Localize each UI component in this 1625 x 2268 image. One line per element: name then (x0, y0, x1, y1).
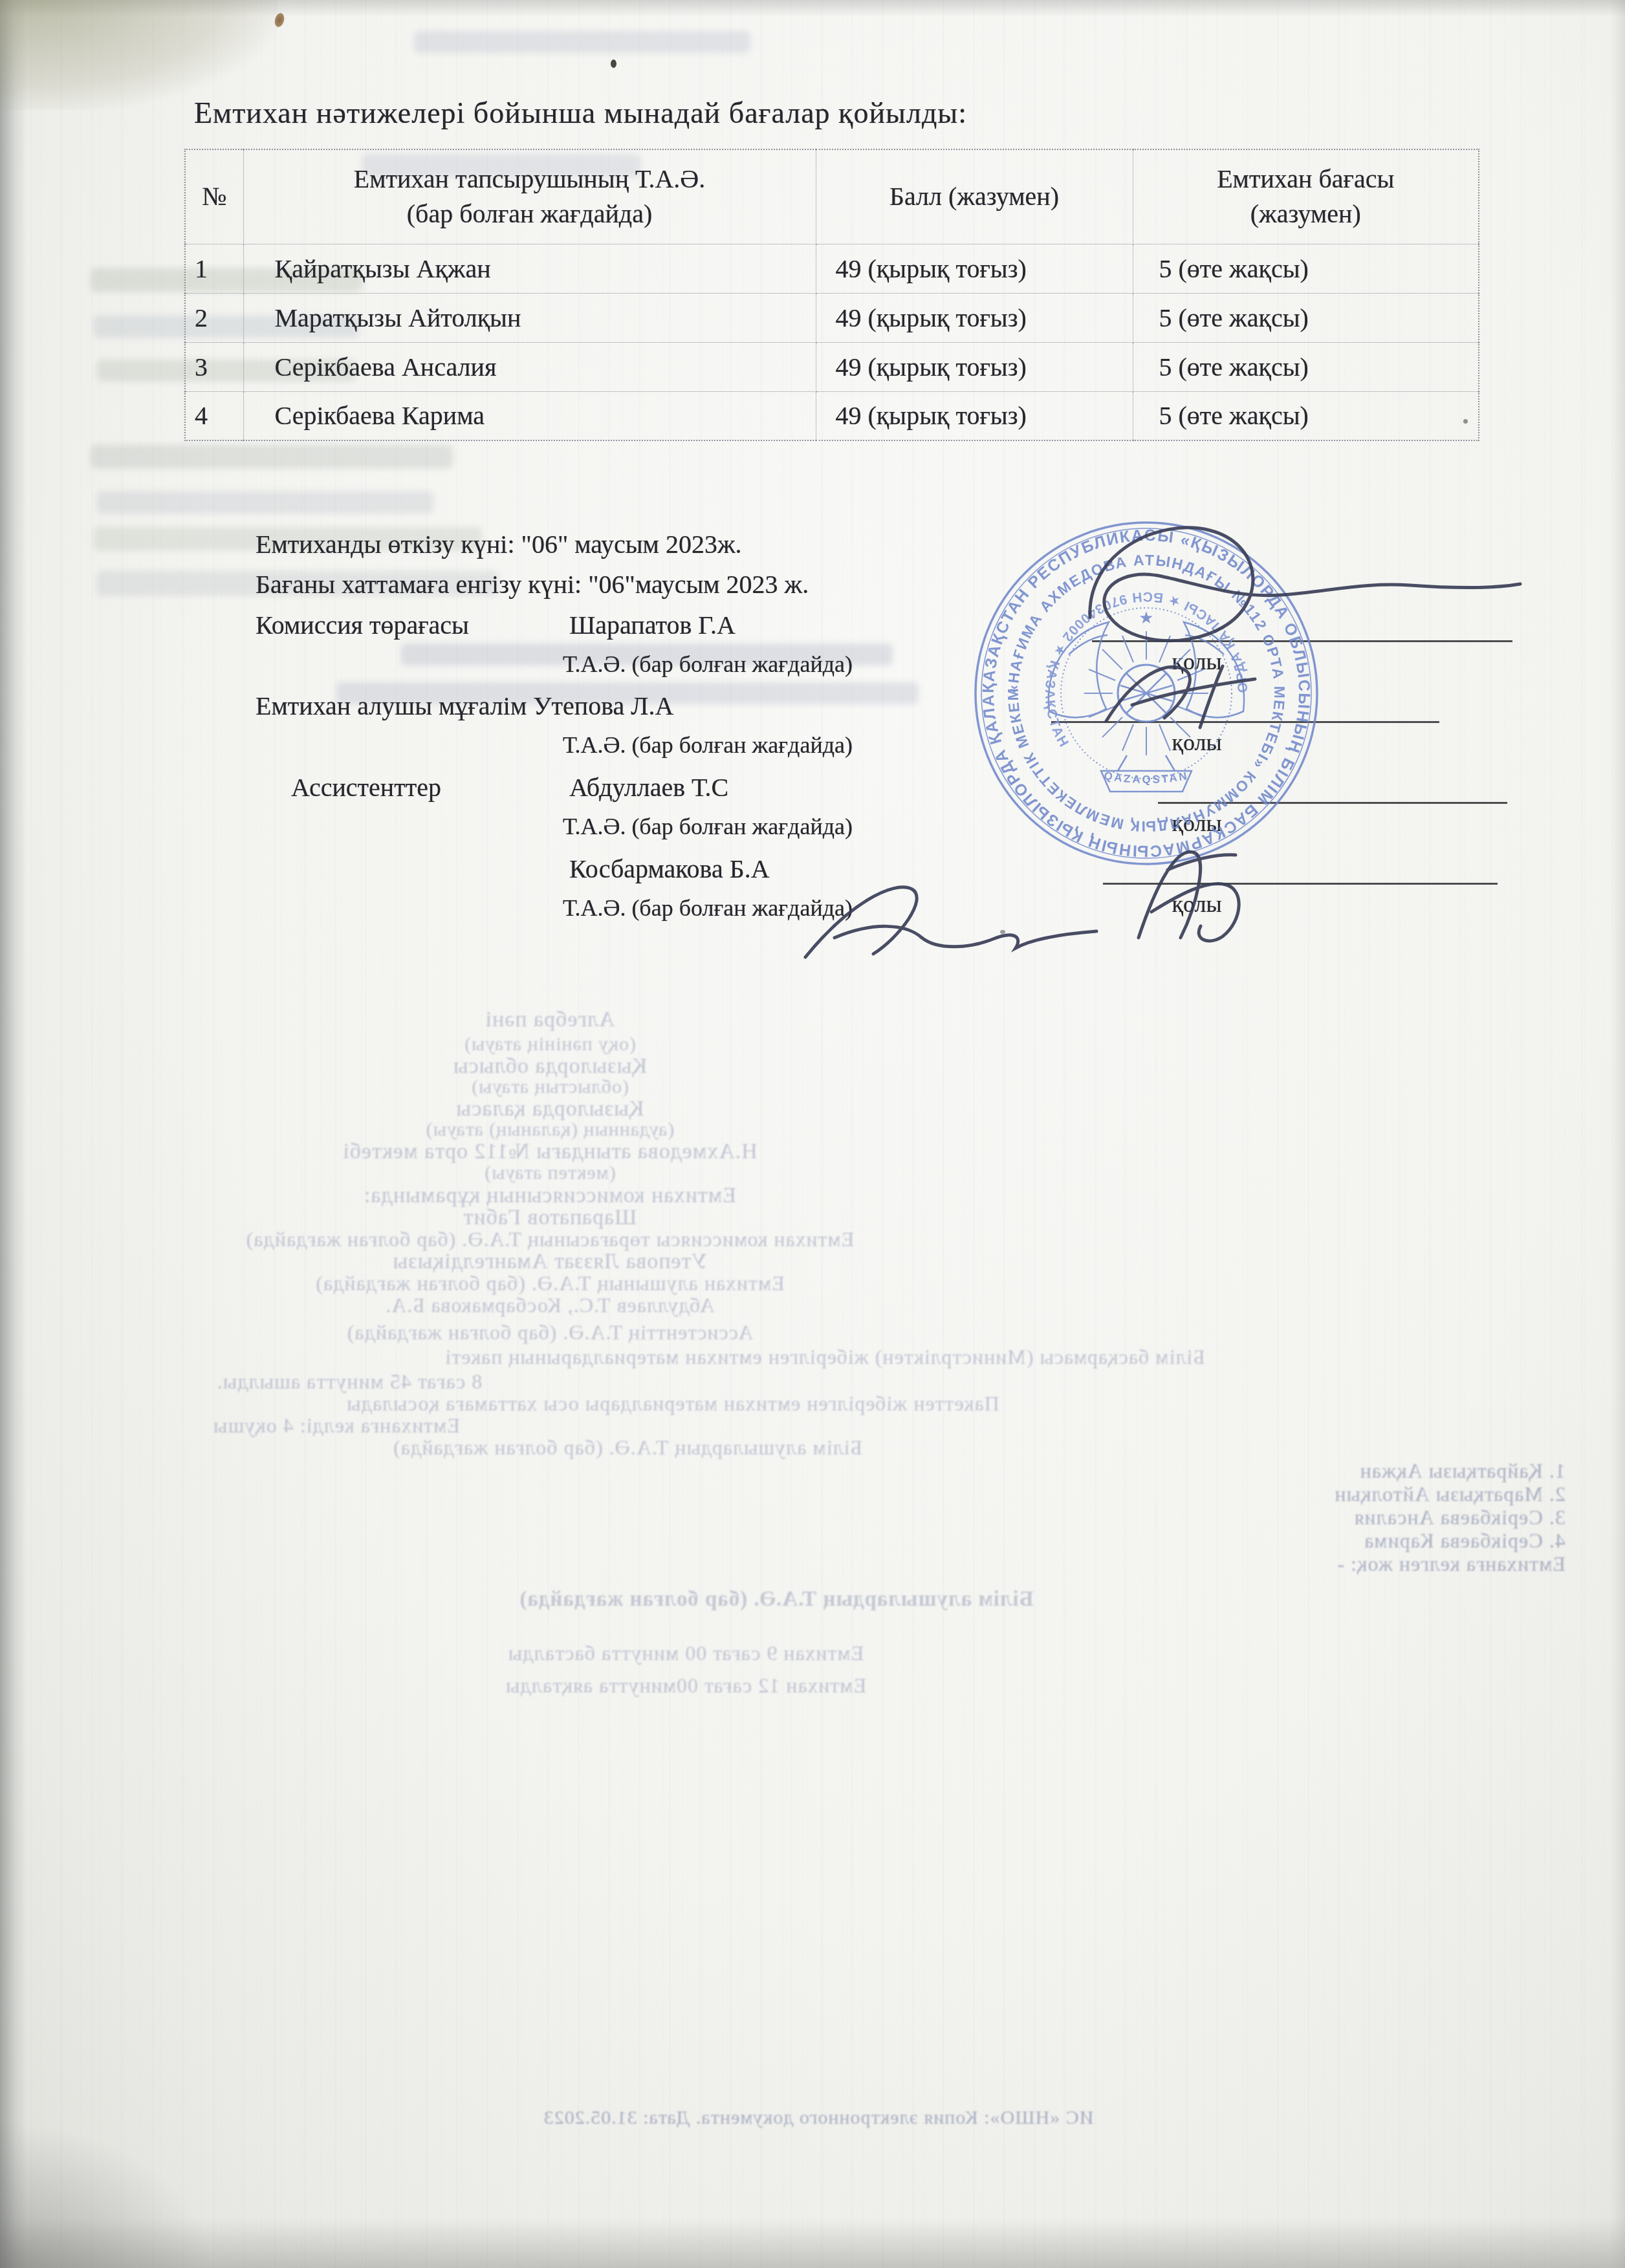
bleedthrough-line: Қызылорда қаласы (291, 1097, 809, 1121)
edge-shading-left (0, 0, 27, 2268)
bleedthrough-line: 2. Маратқызы Айтолқын (1216, 1482, 1565, 1506)
corner-shade-bottomleft (0, 2121, 213, 2268)
paper-speck (611, 59, 616, 68)
assistant1-name: Абдуллаев Т.С (569, 772, 728, 803)
col-header-grade: Емтихан бағасы (жазумен) (1133, 149, 1479, 244)
bleedthrough-smudge (97, 491, 433, 513)
score-cell: 49 (қырық тоғыз) (816, 342, 1133, 391)
bleedthrough-line: (мектеп атауы) (291, 1162, 809, 1184)
bleedthrough-line: Қызылорда облысы (291, 1054, 809, 1079)
edge-shading-top (0, 0, 1625, 17)
student-name-cell: Қайратқызы Ақжан (243, 244, 816, 293)
col-header-name-line1: Емтихан тапсырушының Т.А.Ә. (245, 162, 815, 197)
bleedthrough-line: (облыстың атауы) (291, 1076, 809, 1098)
bleedthrough-line: Емтихан 9 сағат 00 минутта басталды (362, 1641, 1009, 1665)
table-row: 3 Серікбаева Ансалия 49 (қырық тоғыз) 5 … (185, 342, 1479, 391)
bleedthrough-smudge (414, 31, 750, 53)
table-row: 4 Серікбаева Карима 49 (қырық тоғыз) 5 (… (185, 391, 1479, 440)
table-header-row: № Емтихан тапсырушының Т.А.Ә. (бар болға… (185, 149, 1479, 244)
bleedthrough-line: Шарапатов Габит (291, 1205, 809, 1230)
score-cell: 49 (қырық тоғыз) (816, 391, 1133, 440)
grade-cell: 5 (өте жақсы) (1133, 244, 1479, 293)
col-header-score: Балл (жазумен) (816, 149, 1133, 244)
scanned-document-page: Алгебра пәні (оқу пәнінің атауы) Қызылор… (0, 0, 1625, 2268)
row-number-cell: 2 (185, 293, 243, 342)
corner-blob-topleft (0, 0, 278, 110)
grade-cell: 5 (өте жақсы) (1133, 391, 1479, 440)
bleedthrough-line: Білім алушылардың Т.А.Ә. (бар болған жағ… (272, 1436, 983, 1460)
grade-cell: 5 (өте жақсы) (1133, 293, 1479, 342)
signature-scribble-1 (1090, 528, 1520, 641)
assistants-label: Ассистенттер (291, 772, 441, 803)
bleedthrough-line: Алгебра пәні (291, 1008, 809, 1032)
bleedthrough-line: Емтихан комиссиясы төрағасының Т.А.Ә. (б… (97, 1227, 1003, 1251)
bleedthrough-footer: ИС «НШО»: Копия электронного документа. … (349, 2107, 1287, 2129)
score-cell: 49 (қырық тоғыз) (816, 244, 1133, 293)
bleedthrough-smudge (91, 445, 453, 468)
bleedthrough-line: Утепова Ляззат Амангелдіқызы (259, 1249, 841, 1274)
examiner-line: Емтихан алушы мұғалім Утепова Л.А (256, 691, 673, 721)
row-number-cell: 1 (185, 244, 243, 293)
col-header-no: № (185, 149, 243, 244)
row-number-cell: 3 (185, 342, 243, 391)
edge-shading-right (1611, 0, 1625, 2268)
bleedthrough-line: 3. Серікбаева Ансалия (1216, 1506, 1565, 1529)
results-table: № Емтихан тапсырушының Т.А.Ә. (бар болға… (184, 149, 1479, 441)
edge-shading-bottom (0, 2218, 1625, 2268)
assistant2-name: Косбармакова Б.А (569, 854, 770, 884)
grade-cell: 5 (өте жақсы) (1133, 342, 1479, 391)
bleedthrough-line: Емтихан 12 сағат 00минутта аяқталды (362, 1674, 1009, 1698)
bleedthrough-line: 4. Серікбаева Карима (1216, 1529, 1565, 1553)
col-header-grade-line1: Емтихан бағасы (1134, 162, 1478, 197)
bleedthrough-line: Емтиханға келді: 4 оқушы (91, 1414, 582, 1438)
table-row: 1 Қайратқызы Ақжан 49 (қырық тоғыз) 5 (ө… (185, 244, 1479, 293)
bleedthrough-line: Ассистенттің Т.А.Ә. (бар болған жағдайда… (213, 1321, 886, 1345)
exam-date-line: Емтиханды өткізу күні: "06" маусым 2023ж… (256, 529, 742, 559)
commission-chair-name: Шарапатов Г.А (569, 610, 736, 640)
signatures-overlay (744, 491, 1585, 983)
bleedthrough-line: Емтихан комиссиясының құрамында: (246, 1183, 854, 1208)
bleedthrough-line: Емтихан алушының Т.А.Ә. (бар болған жағд… (181, 1271, 919, 1295)
paper-speck (273, 12, 285, 28)
bleedthrough-line: Білім алушылардың Т.А.Ә. (бар болған жағ… (323, 1588, 1229, 1612)
signature-scribble-2 (1106, 666, 1255, 728)
bleedthrough-line: (оқу пәнінің атауы) (291, 1033, 809, 1055)
document-title: Емтихан нәтижелері бойынша мынадай бағал… (194, 96, 967, 130)
student-name-cell: Маратқызы Айтолқын (243, 293, 816, 342)
commission-chair-label: Комиссия төрағасы (256, 610, 469, 640)
signature-scribble-3 (805, 887, 1096, 957)
bleedthrough-line: 1. Қайратқызы Ақжан (1216, 1459, 1565, 1483)
col-header-grade-line2: (жазумен) (1134, 197, 1478, 232)
bleedthrough-line: Пакеттен жіберілген емтихан материалдары… (91, 1392, 1255, 1416)
student-name-cell: Серікбаева Ансалия (243, 342, 816, 391)
bleedthrough-line: Білім басқармасы (Министрліктен) жіберіл… (91, 1345, 1559, 1369)
protocol-date-line: Бағаны хаттамаға енгізу күні: "06"маусым… (256, 569, 809, 599)
student-name-cell: Серікбаева Карима (243, 391, 816, 440)
bleedthrough-line: Н.Ахмедова атындағы №112 орта мектебі (194, 1139, 906, 1164)
bleedthrough-line: (ауданның (қаланың) атауы) (291, 1119, 809, 1141)
signature-scribble-4 (1139, 852, 1239, 941)
col-header-name-line2: (бар болған жағдайда) (245, 197, 815, 232)
bleedthrough-line: Емтиханға келген жоқ: - (1216, 1552, 1565, 1576)
bleedthrough-line: Абдуллаев Т.С., Косбармакова Б.А. (142, 1293, 957, 1317)
bleedthrough-line: 8 сағат 45 минутта ашылды. (91, 1370, 608, 1394)
row-number-cell: 4 (185, 391, 243, 440)
score-cell: 49 (қырық тоғыз) (816, 293, 1133, 342)
table-row: 2 Маратқызы Айтолқын 49 (қырық тоғыз) 5 … (185, 293, 1479, 342)
col-header-name: Емтихан тапсырушының Т.А.Ә. (бар болған … (243, 149, 816, 244)
